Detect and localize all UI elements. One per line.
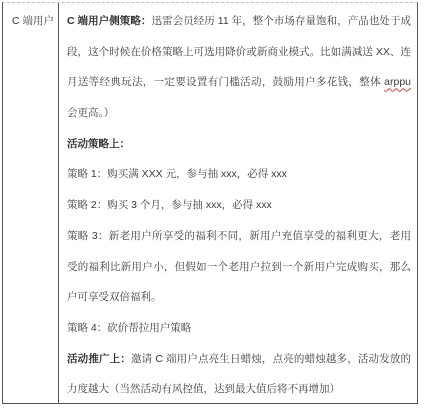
text-run: 策略 3：新老用户所享受的福利不同，新用户充值享受的福利更大，老用户享: [67, 230, 411, 252]
text-run: 策略 2：购买 3 个月，参与抽 xxx，必得 xxx: [67, 199, 272, 211]
text-line: 活动策略上：: [67, 129, 411, 160]
bold-run: 活动策略上：: [67, 138, 130, 150]
text-line: 活动推广上：邀请 C 端用户点亮生日蜡烛，点亮的蜡烛越多，活动发放的福利: [67, 344, 411, 375]
misspelled-word: arppu: [384, 76, 411, 88]
bold-run: 活动推广上：: [67, 353, 131, 365]
text-line: 段，这个时候在价格策略上可选用降价或新商业模式。比如满减送 XX、连续 X: [67, 37, 411, 68]
text-line: 策略 2：购买 3 个月，参与抽 xxx，必得 xxx: [67, 190, 411, 221]
text-run: 会更高。）: [67, 107, 114, 119]
text-run: 策略 1：购买满 XXX 元，参与抽 xxx，必得 xxx: [67, 168, 287, 180]
text-run: 力度越大（当然活动有风控值，达到最大值后将不再增加）: [67, 383, 340, 395]
text-line: 会更高。）: [67, 98, 411, 129]
text-run: 受的福利比新用户小，但假如一个老用户拉到一个新用户完成购买，那么老用: [67, 261, 411, 283]
text-line: 策略 1：购买满 XXX 元，参与抽 xxx，必得 xxx: [67, 159, 411, 190]
doc-table: C 端用户 C 端用户侧策略：迅雷会员经历 11 年，整个市场存量饱和，产品也处…: [2, 2, 418, 404]
text-run: 段，这个时候在价格策略上可选用降价或新商业模式。比如满减送 XX、连续 X: [67, 46, 411, 68]
row-label: C 端用户: [12, 15, 54, 27]
text-run: 户可享受双倍福利。: [67, 291, 162, 303]
text-line: 月送等经典玩法，一定要设置有门槛活动，鼓励用户多花钱，整体 arppu 值才: [67, 67, 411, 98]
bold-run: C 端用户侧策略：: [67, 15, 151, 27]
page: C 端用户 C 端用户侧策略：迅雷会员经历 11 年，整个市场存量饱和，产品也处…: [0, 0, 428, 410]
text-run: 月送等经典玩法，一定要设置有门槛活动，鼓励用户多花钱，整体: [67, 76, 384, 88]
content-cell: C 端用户侧策略：迅雷会员经历 11 年，整个市场存量饱和，产品也处于成熟阶段，…: [59, 3, 417, 403]
text-run: 策略 4：砍价帮拉用户策略: [67, 322, 191, 334]
text-line: 受的福利比新用户小，但假如一个老用户拉到一个新用户完成购买，那么老用: [67, 252, 411, 283]
text-line: 策略 3：新老用户所享受的福利不同，新用户充值享受的福利更大，老用户享: [67, 221, 411, 252]
text-line: 策略 4：砍价帮拉用户策略: [67, 313, 411, 344]
text-line: 户可享受双倍福利。: [67, 282, 411, 313]
row-header-cell: C 端用户: [3, 3, 59, 403]
text-line: C 端用户侧策略：迅雷会员经历 11 年，整个市场存量饱和，产品也处于成熟阶: [67, 6, 411, 37]
text-line: 力度越大（当然活动有风控值，达到最大值后将不再增加）: [67, 374, 411, 403]
